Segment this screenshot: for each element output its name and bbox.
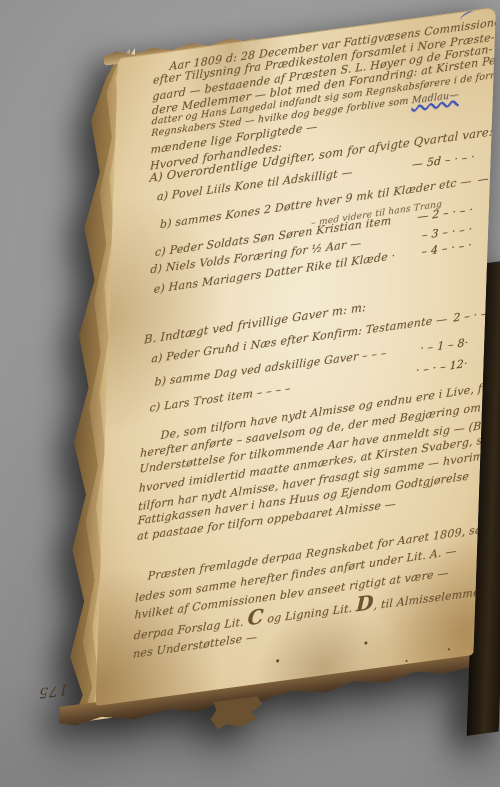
protocol-book: Aar 1809 d: 28 December var Fattigvæsens… bbox=[95, 7, 496, 706]
page-number: 175 bbox=[38, 681, 68, 701]
income-item-c-amount: · – · – 12· bbox=[410, 358, 468, 378]
income-item-b-amount: · – 1 – 8· bbox=[414, 337, 468, 356]
expense-item-e-amount: – 4 – · – · bbox=[415, 239, 472, 259]
text-layer: Aar 1809 d: 28 December var Fattigvæsens… bbox=[95, 8, 495, 706]
lit-c-initial: C bbox=[247, 604, 264, 630]
photo-of-manuscript: Aar 1809 d: 28 December var Fattigvæsens… bbox=[0, 0, 500, 787]
income-item-c-label: c) Lars Trost item – – – – bbox=[149, 383, 290, 415]
expense-item-a-amount: — 5d – · – · bbox=[406, 151, 475, 172]
expense-item-b-amount: — 2 – » – · bbox=[471, 166, 496, 187]
book-shadow-wrap: Aar 1809 d: 28 December var Fattigvæsens… bbox=[0, 0, 500, 787]
lit-d-initial: D bbox=[356, 590, 375, 616]
manuscript-page: Aar 1809 d: 28 December var Fattigvæsens… bbox=[95, 7, 496, 706]
